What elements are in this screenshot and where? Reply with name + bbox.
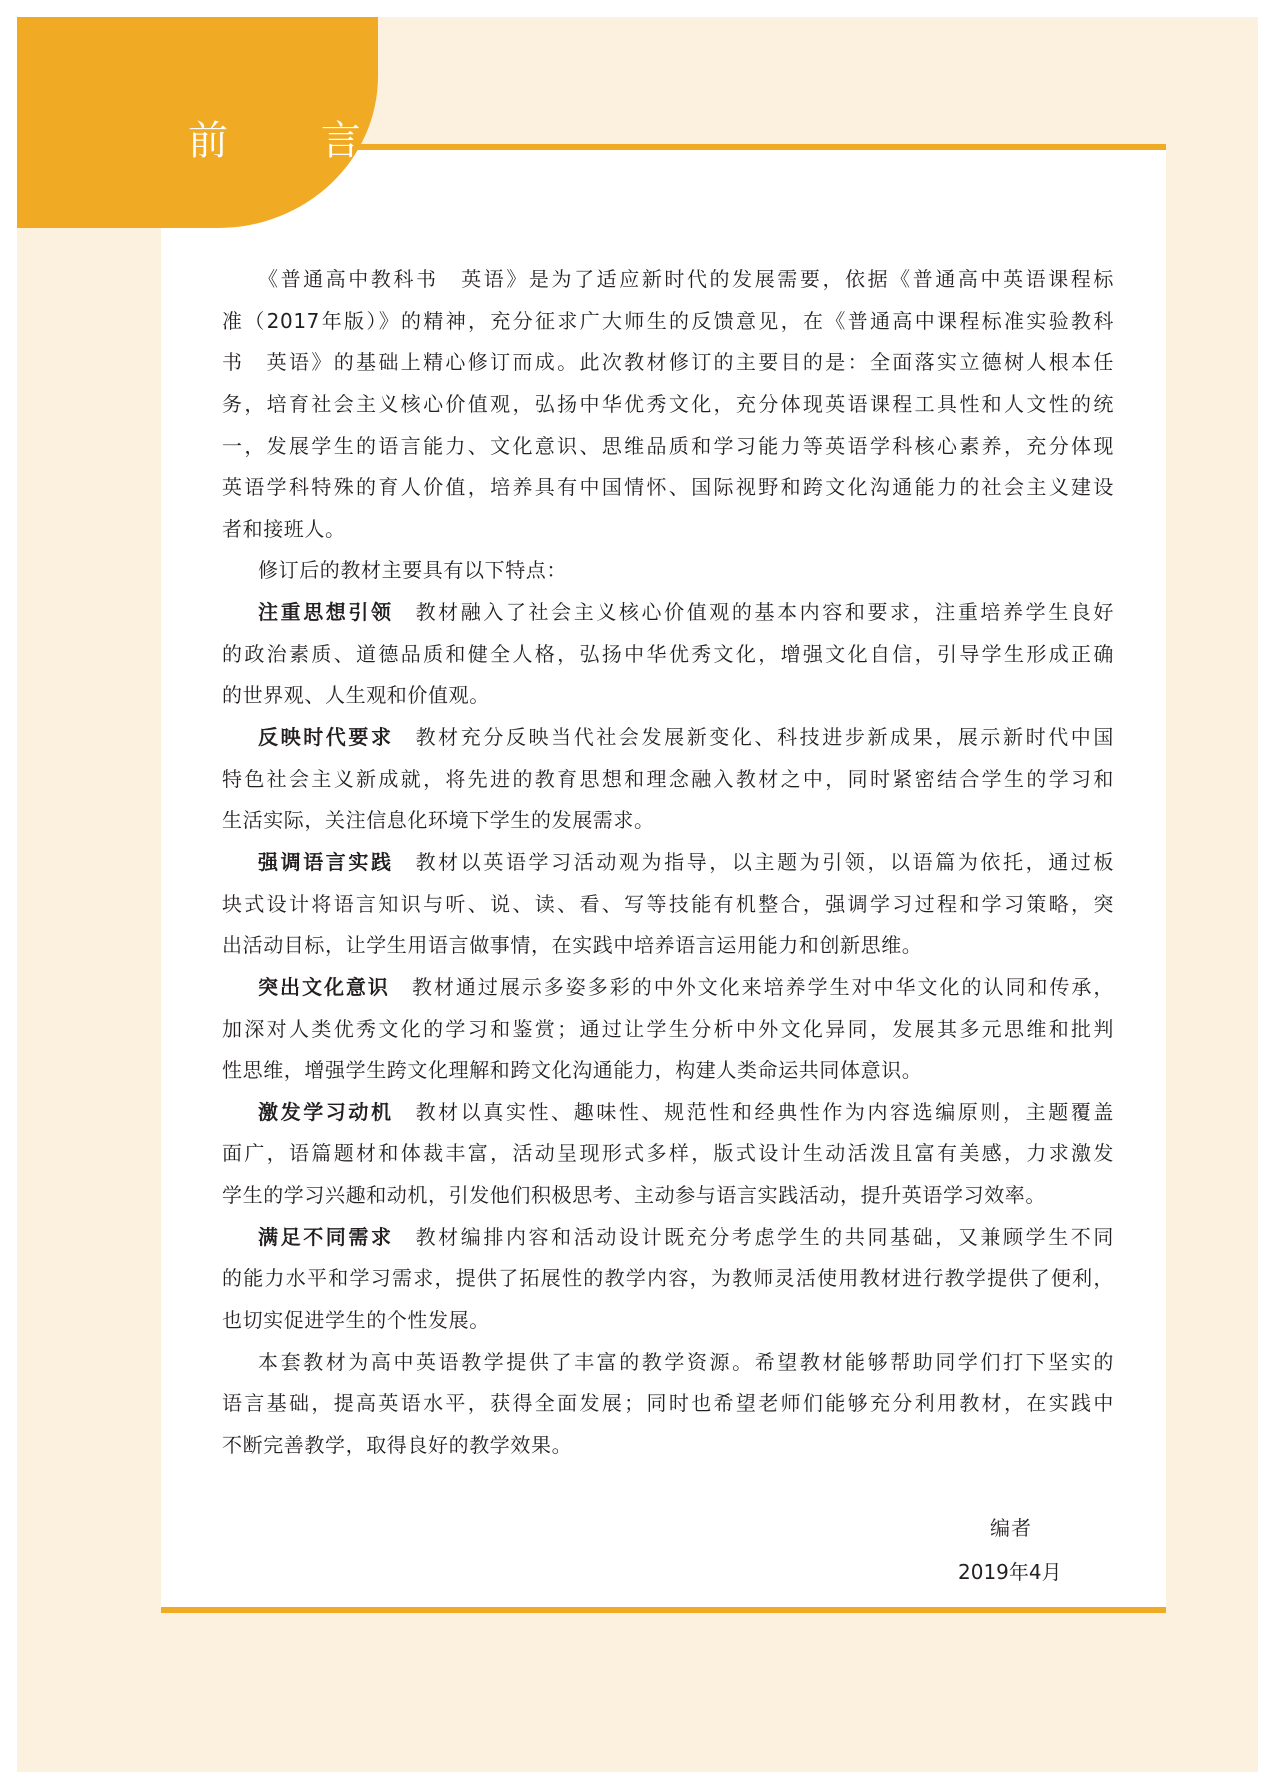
paragraph-feature: 满足不同需求教材编排内容和活动设计既充分考虑学生的共同基础，又兼顾学生不同 的能…	[222, 1217, 1114, 1342]
text-line: 激发学习动机教材以真实性、趣味性、规范性和经典性作为内容选编原则，主题覆盖	[222, 1092, 1114, 1134]
feature-text: 教材充分反映当代社会发展新变化、科技进步新成果，展示新时代中国	[416, 725, 1114, 749]
text-line: 修订后的教材主要具有以下特点：	[222, 550, 1114, 592]
text-line: 出活动目标，让学生用语言做事情，在实践中培养语言运用能力和创新思维。	[222, 925, 1114, 967]
text-line: 本套教材为高中英语教学提供了丰富的教学资源。希望教材能够帮助同学们打下坚实的	[222, 1342, 1114, 1384]
feature-text: 教材编排内容和活动设计既充分考虑学生的共同基础，又兼顾学生不同	[416, 1225, 1114, 1249]
feature-heading: 反映时代要求	[258, 725, 394, 749]
text-line: 加深对人类优秀文化的学习和鉴赏；通过让学生分析中外文化异同，发展其多元思维和批判	[222, 1009, 1114, 1051]
paragraph-feature: 强调语言实践教材以英语学习活动观为指导，以主题为引领，以语篇为依托，通过板 块式…	[222, 842, 1114, 967]
text-line: 注重思想引领教材融入了社会主义核心价值观的基本内容和要求，注重培养学生良好	[222, 592, 1114, 634]
text-line: 英语学科特殊的育人价值，培养具有中国情怀、国际视野和跨文化沟通能力的社会主义建设	[222, 467, 1114, 509]
text-line: 学生的学习兴趣和动机，引发他们积极思考、主动参与语言实践活动，提升英语学习效率。	[222, 1175, 1114, 1217]
paragraph-feature: 反映时代要求教材充分反映当代社会发展新变化、科技进步新成果，展示新时代中国 特色…	[222, 717, 1114, 842]
text-line: 满足不同需求教材编排内容和活动设计既充分考虑学生的共同基础，又兼顾学生不同	[222, 1217, 1114, 1259]
feature-text: 教材以真实性、趣味性、规范性和经典性作为内容选编原则，主题覆盖	[416, 1100, 1114, 1124]
signature-author: 编者	[990, 1514, 1032, 1542]
text-line: 务，培育社会主义核心价值观，弘扬中华优秀文化，充分体现英语课程工具性和人文性的统	[222, 384, 1114, 426]
text-line: 的世界观、人生观和价值观。	[222, 675, 1114, 717]
preface-body: 《普通高中教科书 英语》是为了适应新时代的发展需要，依据《普通高中英语课程标 准…	[222, 259, 1114, 1467]
text-line: 不断完善教学，取得良好的教学效果。	[222, 1425, 1114, 1467]
feature-text: 教材融入了社会主义核心价值观的基本内容和要求，注重培养学生良好	[416, 600, 1114, 624]
text-line: 一，发展学生的语言能力、文化意识、思维品质和学习能力等英语学科核心素养，充分体现	[222, 426, 1114, 468]
text-line: 强调语言实践教材以英语学习活动观为指导，以主题为引领，以语篇为依托，通过板	[222, 842, 1114, 884]
text-line: 的政治素质、道德品质和健全人格，弘扬中华优秀文化，增强文化自信，引导学生形成正确	[222, 634, 1114, 676]
paragraph-feature: 注重思想引领教材融入了社会主义核心价值观的基本内容和要求，注重培养学生良好 的政…	[222, 592, 1114, 717]
text-line: 面广，语篇题材和体裁丰富，活动呈现形式多样，版式设计生动活泼且富有美感，力求激发	[222, 1133, 1114, 1175]
feature-heading: 注重思想引领	[258, 600, 394, 624]
paragraph-closing: 本套教材为高中英语教学提供了丰富的教学资源。希望教材能够帮助同学们打下坚实的 语…	[222, 1342, 1114, 1467]
paragraph-features-intro: 修订后的教材主要具有以下特点：	[222, 550, 1114, 592]
text-line: 语言基础，提高英语水平，获得全面发展；同时也希望老师们能够充分利用教材，在实践中	[222, 1383, 1114, 1425]
signature-date: 2019年4月	[958, 1558, 1062, 1586]
text-line: 性思维，增强学生跨文化理解和跨文化沟通能力，构建人类命运共同体意识。	[222, 1050, 1114, 1092]
feature-text: 教材通过展示多姿多彩的中外文化来培养学生对中华文化的认同和传承，	[412, 975, 1114, 999]
page-title: 前 言	[188, 118, 401, 164]
feature-text: 教材以英语学习活动观为指导，以主题为引领，以语篇为依托，通过板	[416, 850, 1114, 874]
text-line: 反映时代要求教材充分反映当代社会发展新变化、科技进步新成果，展示新时代中国	[222, 717, 1114, 759]
text-line: 准（2017年版）》的精神，充分征求广大师生的反馈意见，在《普通高中课程标准实验…	[222, 301, 1114, 343]
text-line: 的能力水平和学习需求，提供了拓展性的教学内容，为教师灵活使用教材进行教学提供了便…	[222, 1258, 1114, 1300]
text-line: 特色社会主义新成就，将先进的教育思想和理念融入教材之中，同时紧密结合学生的学习和	[222, 759, 1114, 801]
text-line: 书 英语》的基础上精心修订而成。此次教材修订的主要目的是：全面落实立德树人根本任	[222, 342, 1114, 384]
text-line: 《普通高中教科书 英语》是为了适应新时代的发展需要，依据《普通高中英语课程标	[222, 259, 1114, 301]
text-line: 块式设计将语言知识与听、说、读、看、写等技能有机整合，强调学习过程和学习策略，突	[222, 884, 1114, 926]
feature-heading: 突出文化意识	[258, 975, 390, 999]
feature-heading: 满足不同需求	[258, 1225, 394, 1249]
paragraph-intro: 《普通高中教科书 英语》是为了适应新时代的发展需要，依据《普通高中英语课程标 准…	[222, 259, 1114, 550]
top-rule	[300, 144, 1166, 150]
text-line: 生活实际，关注信息化环境下学生的发展需求。	[222, 800, 1114, 842]
paragraph-feature: 激发学习动机教材以真实性、趣味性、规范性和经典性作为内容选编原则，主题覆盖 面广…	[222, 1092, 1114, 1217]
text-line: 也切实促进学生的个性发展。	[222, 1300, 1114, 1342]
text-line: 突出文化意识教材通过展示多姿多彩的中外文化来培养学生对中华文化的认同和传承，	[222, 967, 1114, 1009]
feature-heading: 强调语言实践	[258, 850, 394, 874]
text-line: 者和接班人。	[222, 509, 1114, 551]
feature-heading: 激发学习动机	[258, 1100, 394, 1124]
bottom-rule	[161, 1607, 1166, 1613]
paragraph-feature: 突出文化意识教材通过展示多姿多彩的中外文化来培养学生对中华文化的认同和传承， 加…	[222, 967, 1114, 1092]
